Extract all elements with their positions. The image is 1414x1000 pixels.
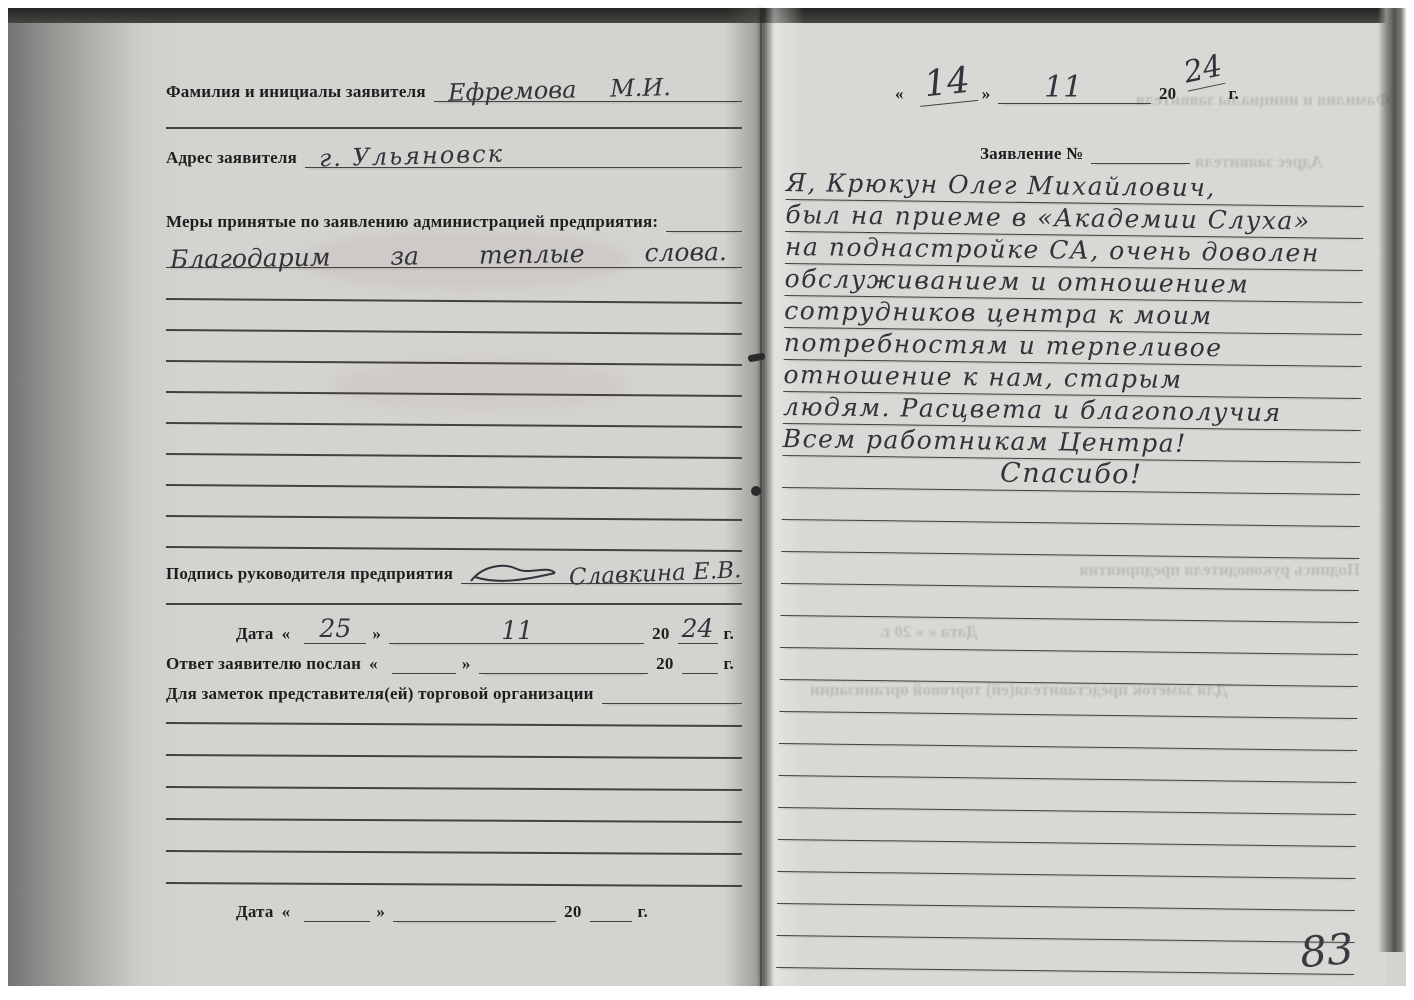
measures-line bbox=[666, 203, 742, 232]
reply-sent-row: Ответ заявителю послан « » 20 г. bbox=[166, 646, 742, 674]
open-quote: « bbox=[369, 654, 378, 674]
right-date-day-handwritten: 14 bbox=[916, 59, 978, 107]
close-quote: » bbox=[462, 654, 471, 674]
reply-year-suffix: г. bbox=[724, 654, 734, 674]
measures-answer-row: Благодарим за теплые слова. bbox=[166, 234, 742, 268]
date-century: 20 bbox=[652, 624, 669, 644]
date2-year-suffix: г. bbox=[638, 902, 648, 922]
reply-century: 20 bbox=[656, 654, 673, 674]
address-row: Адрес заявителя г. Ульяновск bbox=[166, 134, 742, 168]
address-label: Адрес заявителя bbox=[166, 148, 297, 168]
signature-label: Подпись руководителя предприятия bbox=[166, 564, 453, 584]
statement-number-line bbox=[1091, 137, 1190, 164]
date2-label: Дата bbox=[236, 902, 274, 922]
statement-label: Заявление № bbox=[980, 144, 1083, 164]
date-year-handwritten: 24 bbox=[678, 614, 718, 644]
page-number-handwritten: 83 bbox=[1298, 924, 1356, 977]
reply-label: Ответ заявителю послан bbox=[166, 654, 361, 674]
statement-row: Заявление № bbox=[980, 138, 1190, 164]
measures-label: Меры принятые по заявлению администрацие… bbox=[166, 212, 658, 232]
signature-scribble bbox=[467, 561, 559, 587]
open-quote: « bbox=[282, 902, 291, 922]
signature-row: Подпись руководителя предприятия Славкин… bbox=[166, 550, 742, 584]
date-year-suffix: г. bbox=[724, 624, 734, 644]
ruled-line bbox=[166, 127, 742, 129]
right-date-line: 11 bbox=[998, 57, 1151, 104]
date2-year-blank bbox=[590, 921, 632, 922]
right-date-month-handwritten: 11 bbox=[1044, 70, 1082, 105]
reply-day-blank bbox=[392, 673, 456, 674]
open-quote: « bbox=[895, 84, 904, 104]
signature-line: Славкина Е.В. bbox=[461, 549, 742, 584]
close-quote: » bbox=[982, 84, 991, 104]
binding-staple-icon bbox=[751, 486, 761, 496]
bleed-smudge bbox=[330, 360, 630, 410]
surname-value-handwritten: Ефремова М.И. bbox=[447, 73, 671, 107]
bleed-through-text: Фамилия и инициалы заявителя bbox=[1150, 90, 1390, 110]
right-date-year-handwritten: 24 bbox=[1181, 48, 1226, 91]
bleed-through-text: Адрес заявителя bbox=[1195, 152, 1323, 172]
reply-year-blank bbox=[682, 673, 718, 674]
bleed-through-text: Для заметок представителя(ей) торговой о… bbox=[810, 680, 1228, 700]
date2-line bbox=[393, 891, 556, 922]
close-quote: » bbox=[372, 624, 381, 644]
bleed-through-text: Дата « » 20 г. bbox=[880, 622, 978, 642]
address-value-handwritten: г. Ульяновск bbox=[319, 140, 505, 173]
address-line: г. Ульяновск bbox=[305, 133, 742, 168]
reply-line bbox=[479, 645, 649, 674]
scanned-book-spread: Фамилия и инициалы заявителя Ефремова М.… bbox=[0, 0, 1414, 1000]
scan-top-border bbox=[8, 8, 1406, 23]
notes-line bbox=[602, 675, 742, 704]
left-page-edge-shadow bbox=[8, 8, 183, 986]
measures-row: Меры принятые по заявлению администрацие… bbox=[166, 204, 742, 232]
date-row: Дата « 25 » 11 20 24 г. bbox=[236, 614, 742, 644]
surname-row: Фамилия и инициалы заявителя Ефремова М.… bbox=[166, 68, 742, 102]
close-quote: » bbox=[376, 902, 385, 922]
open-quote: « bbox=[282, 624, 291, 644]
date2-day-blank bbox=[304, 921, 370, 922]
book-binding-line bbox=[760, 8, 762, 986]
notes-row: Для заметок представителя(ей) торговой о… bbox=[166, 676, 742, 704]
date2-century: 20 bbox=[564, 902, 581, 922]
surname-line: Ефремова М.И. bbox=[434, 67, 742, 102]
measures-answer-line: Благодарим за теплые слова. bbox=[166, 233, 742, 268]
date-day-handwritten: 25 bbox=[304, 614, 366, 644]
page-stack-edge bbox=[1378, 8, 1406, 952]
ruled-line bbox=[166, 603, 742, 605]
notes-label: Для заметок представителя(ей) торговой о… bbox=[166, 684, 594, 704]
date-label: Дата bbox=[236, 624, 274, 644]
bleed-through-text: Подпись руководителя предприятия bbox=[820, 560, 1360, 580]
date-month-line: 11 bbox=[389, 613, 644, 644]
date-row-bottom: Дата « » 20 г. bbox=[236, 892, 656, 922]
surname-label: Фамилия и инициалы заявителя bbox=[166, 82, 426, 102]
date-month-handwritten: 11 bbox=[501, 616, 533, 645]
